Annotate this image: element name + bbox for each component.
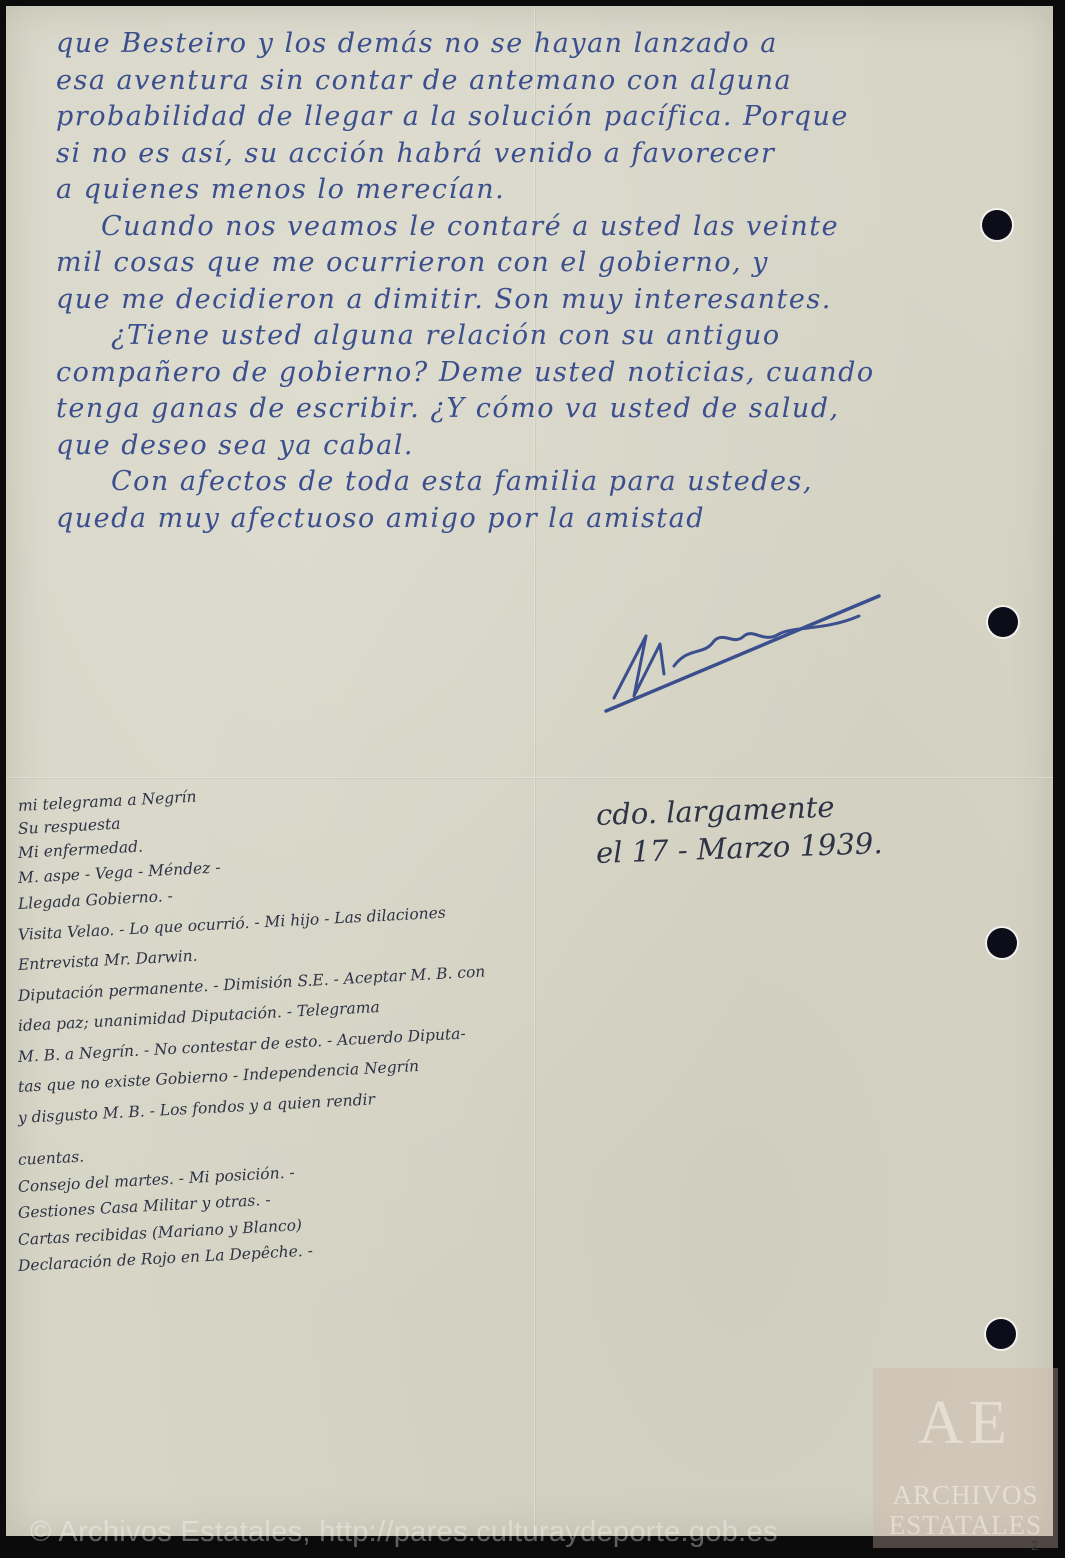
date-annotation: cdo. largamente el 17 - Marzo 1939. <box>596 796 883 872</box>
copyright-notice: © Archivos Estatales, http://pares.cultu… <box>30 1516 778 1549</box>
punch-hole-icon <box>987 928 1017 958</box>
letter-line: mil cosas que me ocurrieron con el gobie… <box>56 245 1046 282</box>
watermark-line: ARCHIVOS <box>873 1480 1058 1511</box>
punch-hole-icon <box>986 1319 1016 1349</box>
letter-line: compañero de gobierno? Deme usted notici… <box>56 355 1046 392</box>
signature-icon <box>594 586 894 726</box>
letter-line: tenga ganas de escribir. ¿Y cómo va uste… <box>56 391 1046 428</box>
letter-line: que deseo sea ya cabal. <box>56 428 1046 465</box>
letter-line: queda muy afectuoso amigo por la amistad <box>56 501 1046 538</box>
letter-line: que me decidieron a dimitir. Son muy int… <box>56 282 1046 319</box>
document-page: que Besteiro y los demás no se hayan lan… <box>6 6 1053 1536</box>
letter-body: que Besteiro y los demás no se hayan lan… <box>56 26 1046 537</box>
archive-watermark: AE ARCHIVOS ESTATALES <box>873 1368 1058 1548</box>
page-number: 2 <box>1031 1538 1038 1553</box>
letter-line: que Besteiro y los demás no se hayan lan… <box>56 26 1046 63</box>
handwritten-notes: mi telegrama a Negrín Su respuesta Mi en… <box>18 791 538 1282</box>
watermark-line: ESTATALES <box>873 1510 1058 1541</box>
letter-line: si no es así, su acción habrá venido a f… <box>56 136 1046 173</box>
letter-line: a quienes menos lo merecían. <box>56 172 1046 209</box>
letter-line: ¿Tiene usted alguna relación con su anti… <box>56 318 1046 355</box>
letter-line: Con afectos de toda esta familia para us… <box>56 464 1046 501</box>
letter-line: esa aventura sin contar de antemano con … <box>56 63 1046 100</box>
punch-hole-icon <box>988 607 1018 637</box>
letter-line: probabilidad de llegar a la solución pac… <box>56 99 1046 136</box>
archive-logo-icon: AE <box>873 1388 1058 1459</box>
letter-line: Cuando nos veamos le contaré a usted las… <box>56 209 1046 246</box>
